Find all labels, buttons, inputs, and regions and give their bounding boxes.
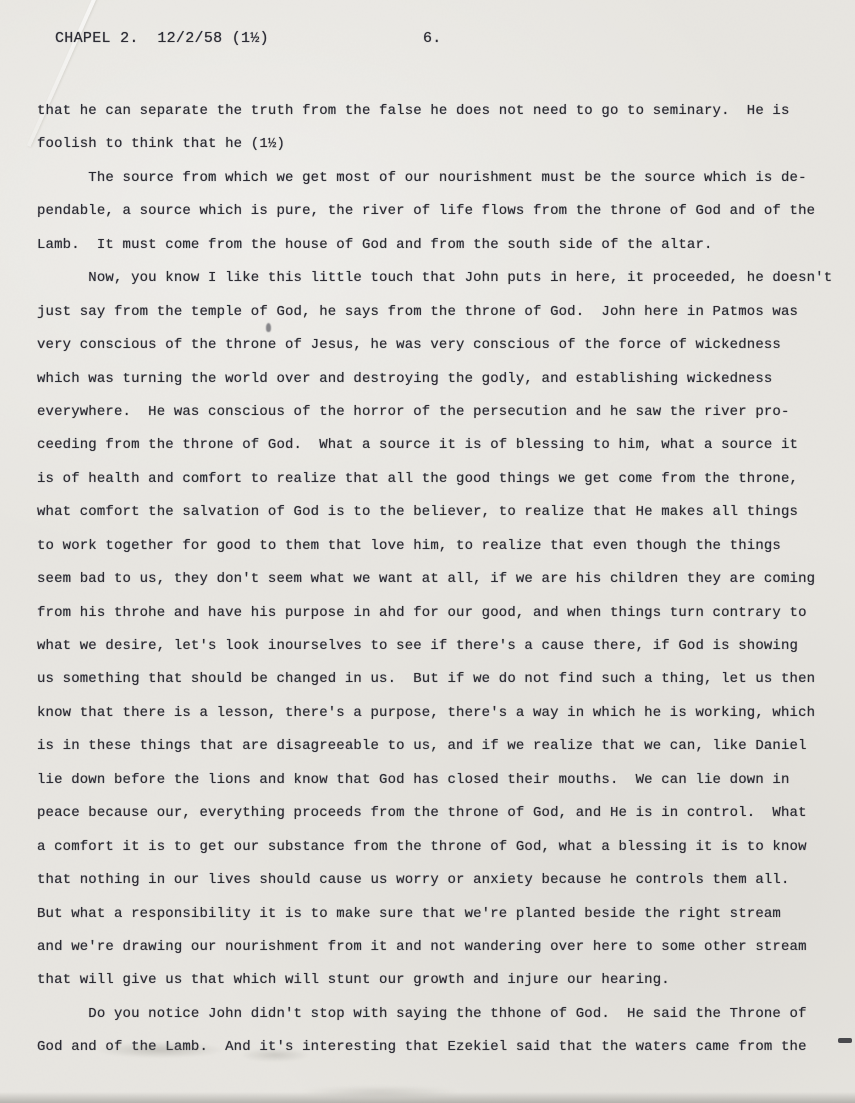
document-page: CHAPEL 2. 12/2/58 (1½) 6. that he can se… <box>0 0 855 1103</box>
page-number: 6. <box>423 30 442 47</box>
scan-ink-spot <box>266 323 271 332</box>
text-line: and we're drawing our nourishment from i… <box>37 931 837 964</box>
text-line: But what a responsibility it is to make … <box>37 898 837 931</box>
document-body: that he can separate the truth from the … <box>37 95 837 1065</box>
text-line: which was turning the world over and des… <box>37 363 837 396</box>
text-line: pendable, a source which is pure, the ri… <box>37 195 837 228</box>
text-line: us something that should be changed in u… <box>37 663 837 696</box>
text-line: that nothing in our lives should cause u… <box>37 864 837 897</box>
text-line: Now, you know I like this little touch t… <box>37 262 837 295</box>
text-line: a comfort it is to get our substance fro… <box>37 831 837 864</box>
scan-smudge <box>240 1048 310 1062</box>
text-line: everywhere. He was conscious of the horr… <box>37 396 837 429</box>
paragraph: The source from which we get most of our… <box>37 162 837 262</box>
text-line: know that there is a lesson, there's a p… <box>37 697 837 730</box>
text-line: lie down before the lions and know that … <box>37 764 837 797</box>
text-line: from his throhe and have his purpose in … <box>37 597 837 630</box>
paragraph: Now, you know I like this little touch t… <box>37 262 837 998</box>
text-line: seem bad to us, they don't seem what we … <box>37 563 837 596</box>
text-line: just say from the temple of God, he says… <box>37 296 837 329</box>
scan-mark <box>838 1038 852 1043</box>
text-line: what comfort the salvation of God is to … <box>37 496 837 529</box>
text-line: Do you notice John didn't stop with sayi… <box>37 998 837 1031</box>
scan-smudge <box>95 1042 225 1058</box>
text-line: peace because our, everything proceeds f… <box>37 797 837 830</box>
page-header: CHAPEL 2. 12/2/58 (1½) 6. <box>0 30 855 60</box>
text-line: is of health and comfort to realize that… <box>37 463 837 496</box>
text-line: Lamb. It must come from the house of God… <box>37 229 837 262</box>
text-line: foolish to think that he (1½) <box>37 128 837 161</box>
scan-edge-shadow <box>0 1092 855 1103</box>
paragraph: that he can separate the truth from the … <box>37 95 837 162</box>
text-line: that will give us that which will stunt … <box>37 964 837 997</box>
text-line: ceeding from the throne of God. What a s… <box>37 429 837 462</box>
text-line: that he can separate the truth from the … <box>37 95 837 128</box>
text-line: The source from which we get most of our… <box>37 162 837 195</box>
text-line: what we desire, let's look inourselves t… <box>37 630 837 663</box>
text-line: to work together for good to them that l… <box>37 530 837 563</box>
header-label: CHAPEL 2. 12/2/58 (1½) <box>55 30 269 47</box>
text-line: is in these things that are disagreeable… <box>37 730 837 763</box>
text-line: very conscious of the throne of Jesus, h… <box>37 329 837 362</box>
